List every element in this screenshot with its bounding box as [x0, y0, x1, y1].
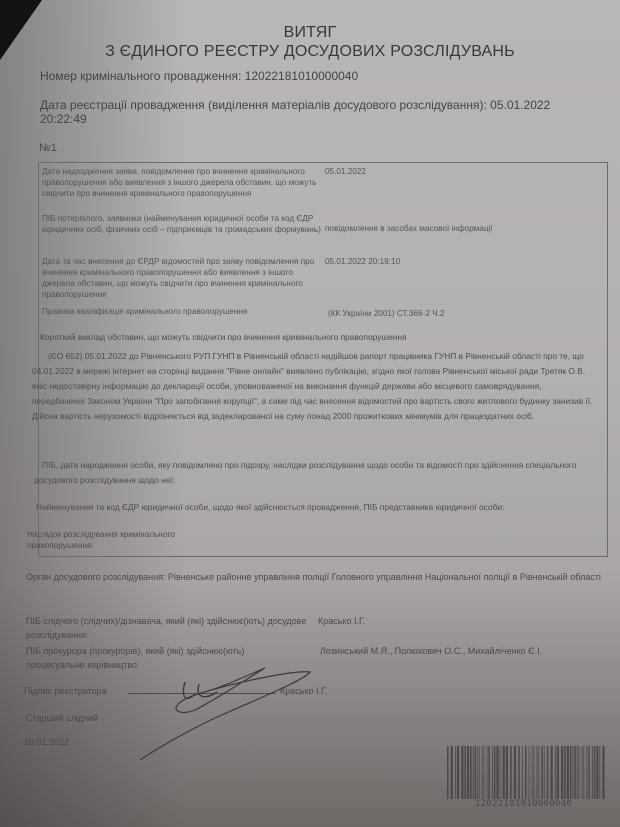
prosecutor-value: Лозинський М.Я., Полюхович О.С., Михайлі…: [320, 644, 542, 658]
row-value-entry-datetime: 05.01.2022 20:19:10: [325, 256, 400, 267]
entry-number: №1: [39, 142, 57, 154]
investigator-label: ПІБ слідчого (слідчих)/дізнавача, який (…: [26, 614, 316, 642]
row-label-receipt-date: Дата надходження заяви, повідомлення про…: [42, 166, 327, 199]
agency-label: Орган досудового розслідування:: [26, 572, 166, 582]
handwritten-signature: [135, 660, 355, 760]
registration-time-value: 20:22:49: [40, 112, 87, 126]
agency: Орган досудового розслідування: Рівненсь…: [26, 570, 601, 584]
summary-label: Короткий виклад обставин, що можуть свід…: [40, 330, 600, 345]
investigator-value: Красько І.Г.: [318, 614, 365, 628]
document-title: ВИТЯГ: [0, 24, 620, 42]
barcode-number: 12022181010000040: [475, 799, 572, 809]
case-number-value: 12022181010000040: [245, 69, 358, 83]
registration-date-label: Дата реєстрації провадження (виділення м…: [40, 98, 487, 112]
case-number: Номер кримінального провадження: 1202218…: [40, 69, 358, 83]
row-label-applicant: ПІБ потерпілого, заявника (найменування …: [42, 213, 327, 235]
case-number-label: Номер кримінального провадження:: [40, 69, 241, 83]
row-label-legal-qualification: Правова кваліфікація кримінального право…: [42, 306, 327, 317]
signature-label: Підпис реєстратора: [24, 684, 107, 698]
row-label-entry-datetime: Дата та час внесення до ЄРДР відомостей …: [42, 256, 327, 300]
agency-value: Рівненське районне управління поліції Го…: [168, 572, 601, 582]
suspect-label: ПІБ, дата народження особи, яку повідомл…: [34, 458, 599, 488]
row-value-receipt-date: 05.01.2022: [325, 166, 366, 177]
outcome-label: Наслідок розслідування кримінального пра…: [27, 529, 227, 551]
position-title: Старший слідчий: [26, 711, 98, 725]
barcode-image: [447, 746, 605, 799]
document-date: 10.01.2022: [24, 735, 69, 749]
registration-date-value: 05.01.2022: [490, 98, 550, 112]
registration-date: Дата реєстрації провадження (виділення м…: [40, 98, 560, 126]
row-value-applicant: повідомлення в засобах масової інформаці…: [325, 223, 493, 234]
document-subtitle: З ЄДИНОГО РЕЄСТРУ ДОСУДОВИХ РОЗСЛІДУВАНЬ: [0, 43, 620, 61]
legal-entity-label: Найменування та код ЄДР юридичної особи,…: [36, 500, 601, 515]
row-value-legal-qualification: (КК України 2001) СТ.366-2 Ч.2: [328, 308, 444, 319]
summary-text: (ЄО 652) 05.01.2022 до Рівненського РУП …: [32, 349, 594, 424]
